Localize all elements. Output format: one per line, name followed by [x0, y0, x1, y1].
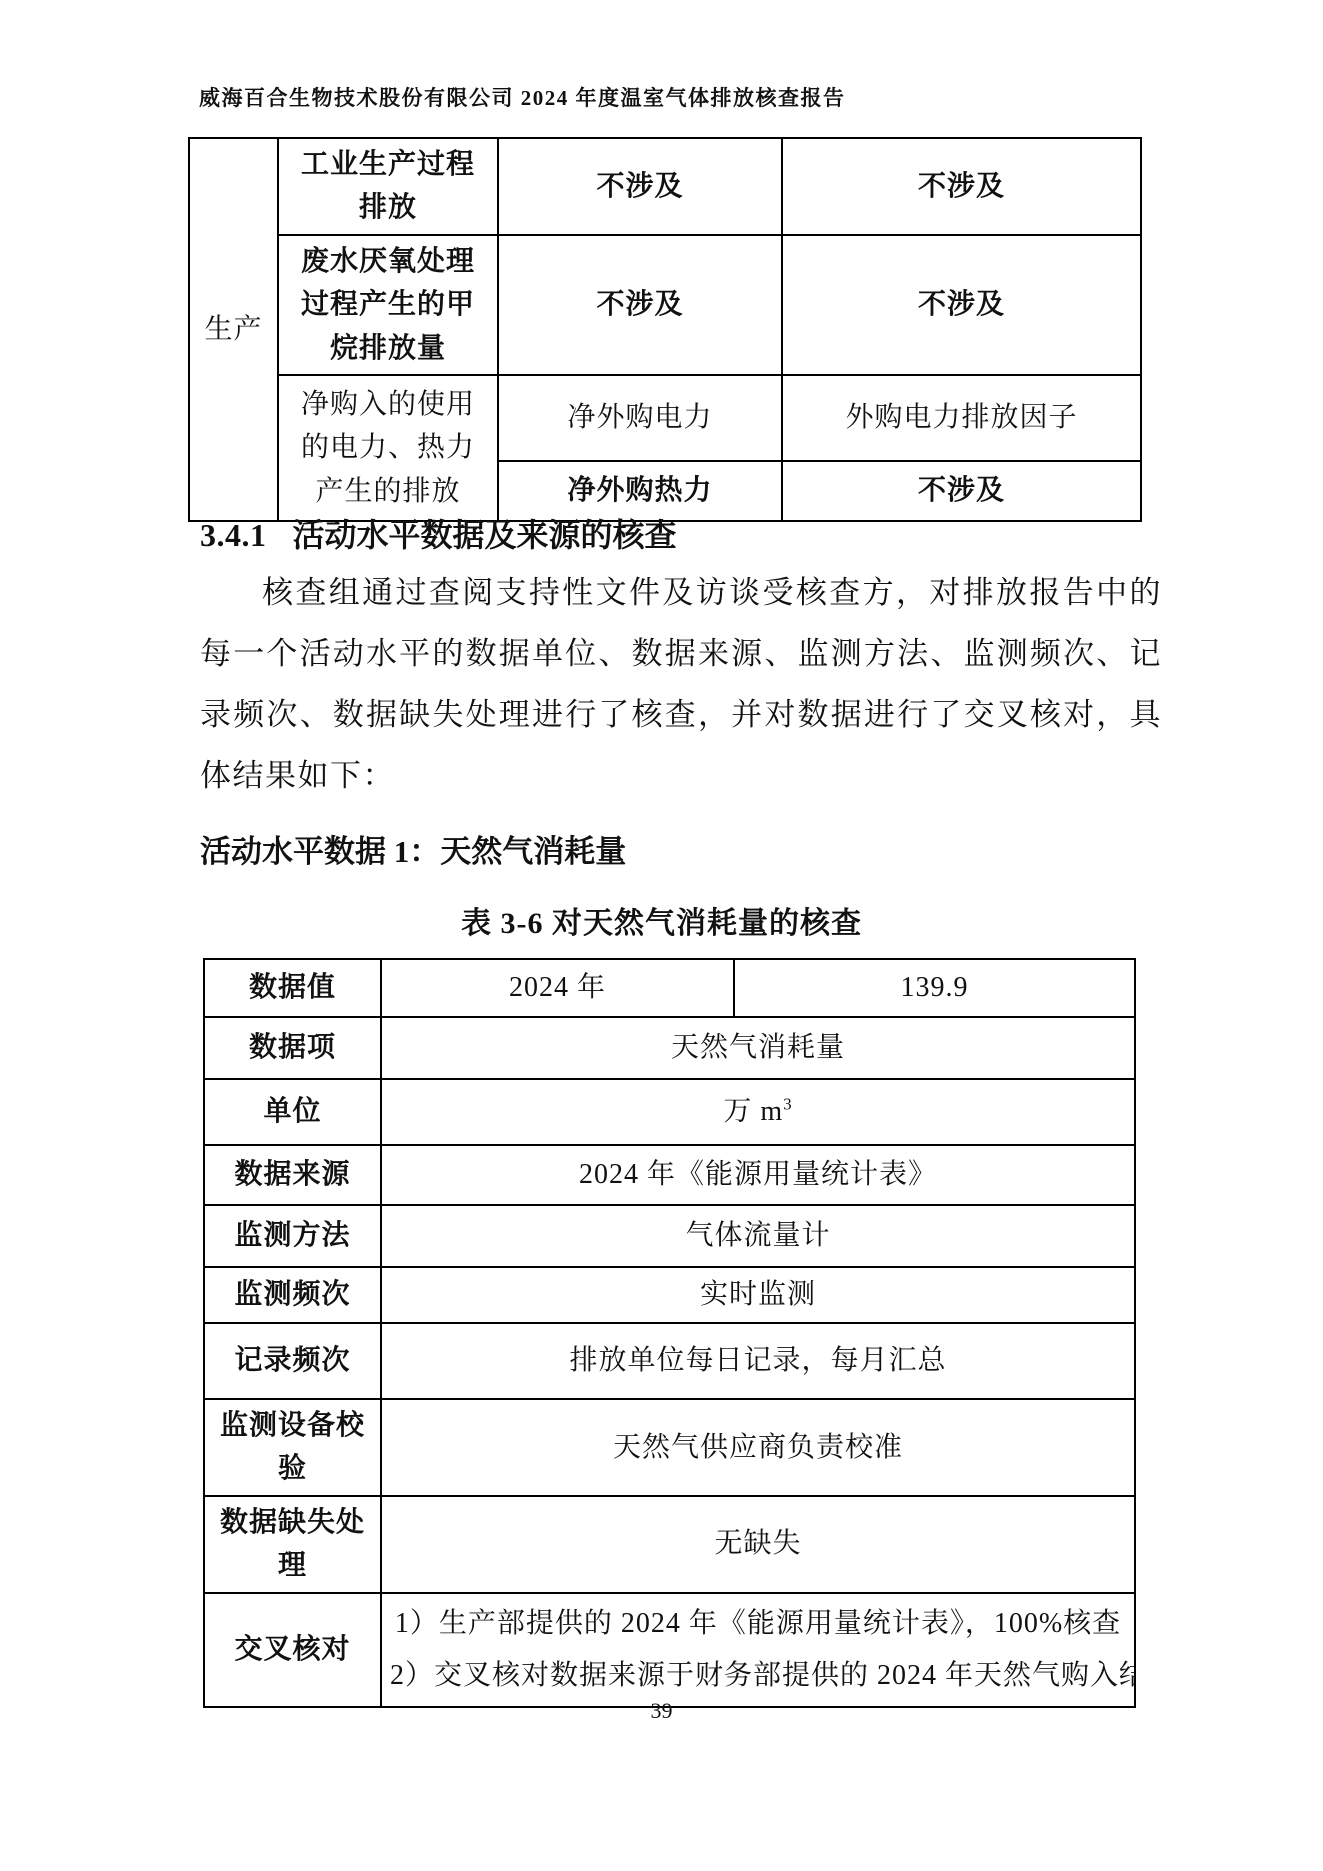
row-label: 监测频次 [204, 1267, 381, 1323]
row-label: 数据来源 [204, 1145, 381, 1205]
row-label: 单位 [204, 1079, 381, 1145]
row-value: 2024 年《能源用量统计表》 [381, 1145, 1135, 1205]
row-label: 记录频次 [204, 1323, 381, 1399]
table-row: 数据值 2024 年 139.9 [204, 959, 1135, 1017]
row-label: 交叉核对 [204, 1593, 381, 1707]
emission-source-value: 不涉及 [498, 235, 782, 375]
page-number: 39 [0, 1698, 1323, 1724]
value-cell: 139.9 [734, 959, 1135, 1017]
section-heading: 3.4.1活动水平数据及来源的核查 [200, 510, 677, 556]
table-row: 废水厌氧处理过程产生的甲烷排放量 不涉及 不涉及 [189, 235, 1141, 375]
row-label: 监测方法 [204, 1205, 381, 1267]
row-value: 天然气消耗量 [381, 1017, 1135, 1079]
row-label: 监测设备校验 [204, 1399, 381, 1496]
category-cell: 生产 [189, 138, 278, 521]
cross-check-line-2: 2）交叉核对数据来源于财务部提供的 2024 年天然气购入结算 [390, 1650, 1126, 1702]
emission-factor-value: 不涉及 [782, 138, 1141, 235]
table-row: 交叉核对 1）生产部提供的 2024 年《能源用量统计表》，100%核查 2）交… [204, 1593, 1135, 1707]
row-value: 实时监测 [381, 1267, 1135, 1323]
cross-check-line-1: 1）生产部提供的 2024 年《能源用量统计表》，100%核查 [390, 1598, 1126, 1650]
table-row: 监测频次 实时监测 [204, 1267, 1135, 1323]
table-row: 记录频次 排放单位每日记录，每月汇总 [204, 1323, 1135, 1399]
natural-gas-verification-table: 数据值 2024 年 139.9 数据项 天然气消耗量 单位 万 m3 数据来源… [203, 958, 1136, 1708]
table-row: 数据缺失处理 无缺失 [204, 1496, 1135, 1593]
row-value: 气体流量计 [381, 1205, 1135, 1267]
row-value: 无缺失 [381, 1496, 1135, 1593]
table-row: 监测方法 气体流量计 [204, 1205, 1135, 1267]
table-row: 监测设备校验 天然气供应商负责校准 [204, 1399, 1135, 1496]
row-label: 数据项 [204, 1017, 381, 1079]
emission-factor-value: 外购电力排放因子 [782, 375, 1141, 461]
table-caption: 表 3-6 对天然气消耗量的核查 [0, 898, 1323, 942]
emission-source-value: 净外购电力 [498, 375, 782, 461]
section-number: 3.4.1 [200, 517, 267, 553]
table-row: 数据来源 2024 年《能源用量统计表》 [204, 1145, 1135, 1205]
row-label: 数据值 [204, 959, 381, 1017]
production-emissions-table: 生产 工业生产过程排放 不涉及 不涉及 废水厌氧处理过程产生的甲烷排放量 不涉及… [188, 137, 1142, 522]
row-label: 数据缺失处理 [204, 1496, 381, 1593]
table-row: 生产 工业生产过程排放 不涉及 不涉及 [189, 138, 1141, 235]
section-title: 活动水平数据及来源的核查 [293, 517, 677, 553]
activity-data-heading: 活动水平数据 1：天然气消耗量 [200, 826, 626, 871]
row-value: 天然气供应商负责校准 [381, 1399, 1135, 1496]
table-row: 单位 万 m3 [204, 1079, 1135, 1145]
row-value: 1）生产部提供的 2024 年《能源用量统计表》，100%核查 2）交叉核对数据… [381, 1593, 1135, 1707]
unit-superscript: 3 [783, 1095, 792, 1114]
row-value: 排放单位每日记录，每月汇总 [381, 1323, 1135, 1399]
document-header: 威海百合生物技术股份有限公司 2024 年度温室气体排放核查报告 [199, 82, 846, 112]
body-paragraph: 核查组通过查阅支持性文件及访谈受核查方，对排放报告中的每一个活动水平的数据单位、… [200, 562, 1162, 806]
report-page: 威海百合生物技术股份有限公司 2024 年度温室气体排放核查报告 生产 工业生产… [0, 0, 1323, 1871]
emission-source-label: 工业生产过程排放 [278, 138, 498, 235]
unit-text: 万 m [723, 1096, 783, 1127]
year-cell: 2024 年 [381, 959, 734, 1017]
emission-factor-value: 不涉及 [782, 461, 1141, 521]
emission-source-value: 不涉及 [498, 138, 782, 235]
emission-source-label: 废水厌氧处理过程产生的甲烷排放量 [278, 235, 498, 375]
table-row: 净购入的使用的电力、热力产生的排放 净外购电力 外购电力排放因子 [189, 375, 1141, 461]
emission-factor-value: 不涉及 [782, 235, 1141, 375]
emission-source-label: 净购入的使用的电力、热力产生的排放 [278, 375, 498, 521]
row-value: 万 m3 [381, 1079, 1135, 1145]
table-row: 数据项 天然气消耗量 [204, 1017, 1135, 1079]
